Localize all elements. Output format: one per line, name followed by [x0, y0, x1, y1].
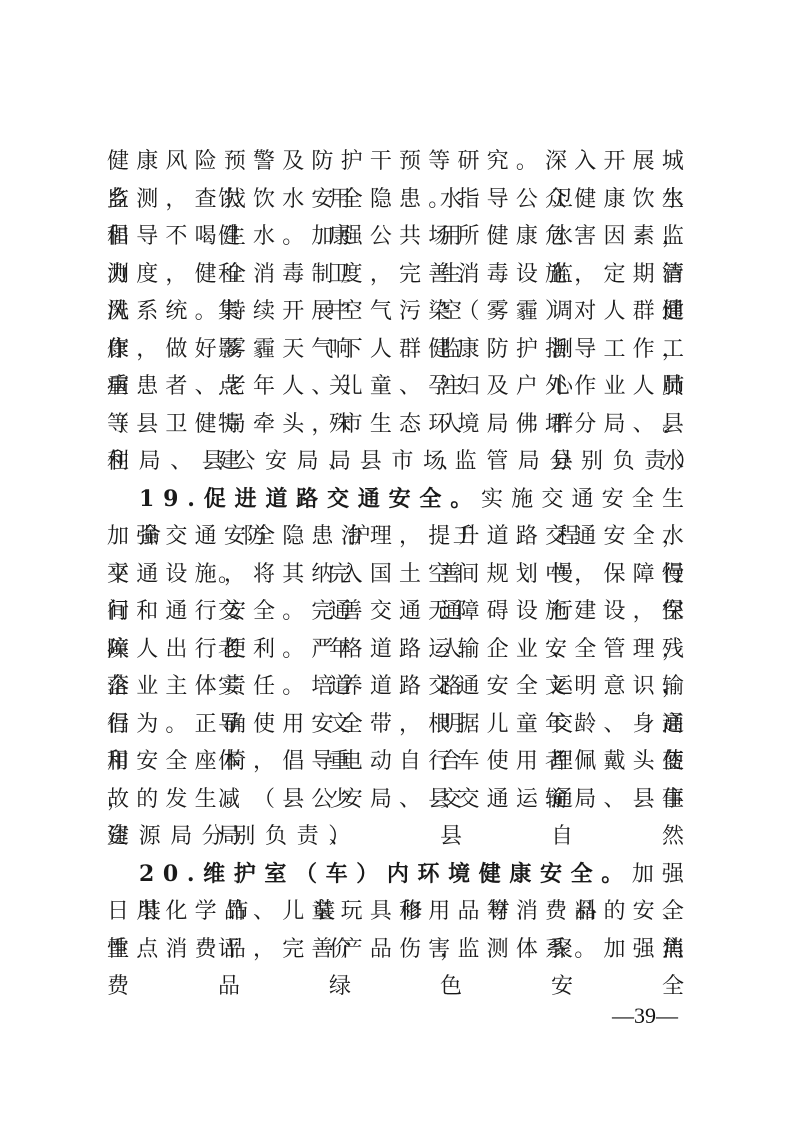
section-19-heading: 1 9 . 促 进 道 路 交 通 安 全 。	[139, 486, 481, 512]
text-line: 故 的 发 生 。 （ 县 公 安 局 、 县 交 通 运 输 局 、 县 住 …	[107, 781, 684, 819]
section-20-first-line: 2 0 . 维 护 室 （ 车 ） 内 环 境 健 康 安 全 。 加 强 装 …	[107, 856, 684, 894]
text-line: 监 测 ， 查 找 饮 水 安 全 隐 患 。 指 导 公 众 健 康 饮 水 …	[107, 181, 684, 219]
text-line: 病 患 者 、 老 年 人 、 儿 童 、 孕 妇 及 户 外 作 业 人 员 …	[107, 368, 684, 406]
text-line: （ 县 卫 健 局 牵 头 ， 市 生 态 环 境 局 佛 坪 分 局 、 县 …	[107, 406, 684, 444]
text-line: 用 安 全 座 椅 ， 倡 导 电 动 自 行 车 使 用 者 佩 戴 头 盔 …	[107, 743, 684, 781]
body-text: 健 康 风 险 预 警 及 防 护 干 预 等 研 究 。 深 入 开 展 城 …	[107, 143, 684, 968]
text-line: 行 为 。 正 确 使 用 安 全 带 ， 根 据 儿 童 年 龄 、 身 高 …	[107, 706, 684, 744]
text-line: 利局、县公安局、县市场监管局分别负责）	[107, 443, 684, 481]
page-number: —39—	[612, 1003, 678, 1029]
text-line: 作 ， 做 好 雾 霾 天 气 下 人 群 健 康 防 护 指 导 工 作 ， …	[107, 331, 684, 369]
text-line: 倡 导 不 喝 生 水 。 加 强 公 共 场 所 健 康 危 害 因 素 监 …	[107, 218, 684, 256]
text-line: 加 强 交 通 安 全 隐 患 治 理 ， 提 升 道 路 交 通 安 全 水 …	[107, 518, 684, 556]
text-line: 健 康 风 险 预 警 及 防 护 干 预 等 研 究 。 深 入 开 展 城 …	[107, 143, 684, 181]
section-19-first-line: 1 9 . 促 进 道 路 交 通 安 全 。 实 施 交 通 安 全 生 命 …	[107, 481, 684, 519]
text-line: 疾 人 出 行 便 利 。 严 格 道 路 运 输 企 业 安 全 管 理 ， …	[107, 631, 684, 669]
text-line: 日 用 化 学 品 、 儿 童 玩 具 和 用 品 等 消 费 品 的 安 全 …	[107, 893, 684, 931]
text-line: 交 通 设 施 ， 将 其 纳 入 国 土 空 间 规 划 中 ， 保 障 慢 …	[107, 556, 684, 594]
text-line: 重 点 消 费 品 ， 完 善 产 品 伤 害 监 测 体 系 。 加 强 消 …	[107, 931, 684, 969]
document-page: 健 康 风 险 预 警 及 防 护 干 预 等 研 究 。 深 入 开 展 城 …	[0, 0, 793, 1122]
section-20-heading: 2 0 . 维 护 室 （ 车 ） 内 环 境 健 康 安 全 。	[139, 861, 632, 887]
text-line: 力 度 ， 健 全 消 毒 制 度 ， 完 善 消 毒 设 施 ， 定 期 清 …	[107, 256, 684, 294]
text-line: 间 和 通 行 安 全 。 完 善 交 通 无 障 碍 设 施 建 设 ， 保 …	[107, 593, 684, 631]
text-line: 企 业 主 体 责 任 。 培 养 道 路 交 通 安 全 文 明 意 识 ， …	[107, 668, 684, 706]
text-line: 风 系 统 。 持 续 开 展 空 气 污 染 （ 雾 霾 ） 对 人 群 健 …	[107, 293, 684, 331]
